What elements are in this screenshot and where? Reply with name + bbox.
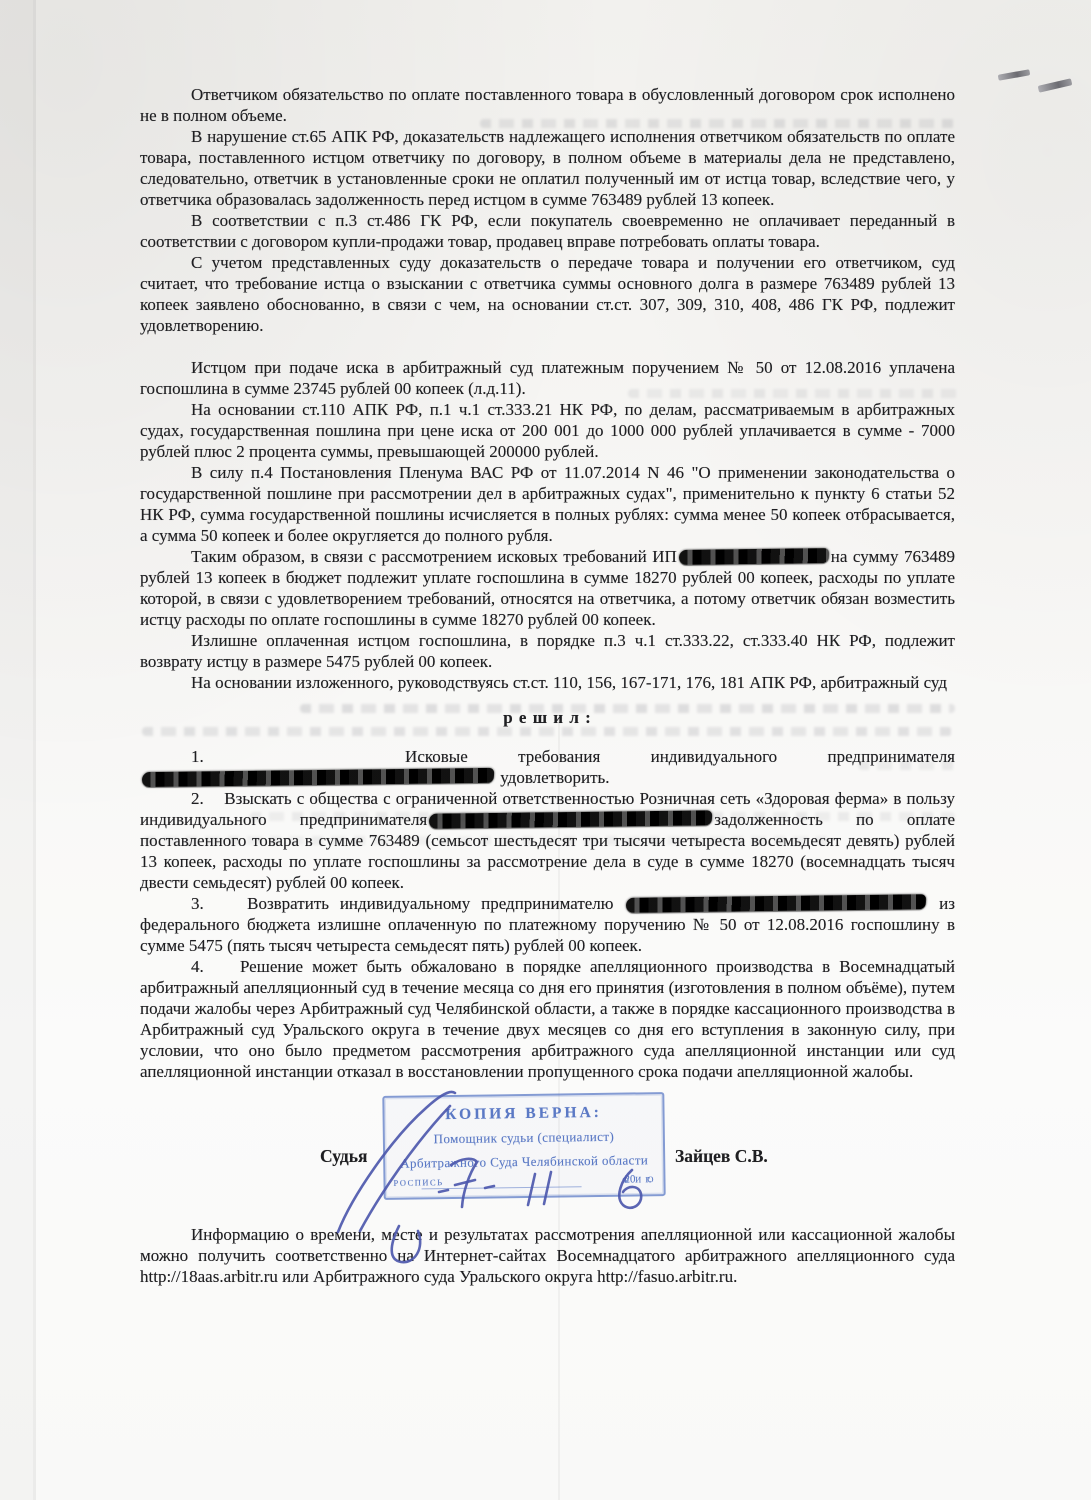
stamp-year-suffix: г. [645,1169,651,1190]
text-run: 4. Решение может быть обжаловано в поряд… [140,957,955,1081]
stamp-title: КОПИЯ ВЕРНА: [384,1101,662,1126]
stamp-line-role: Помощник судьи (специалист) [385,1125,663,1150]
decision-item-3: 3. Возвратить индивидуальному предприним… [140,893,955,956]
scan-edge-band [0,0,33,1500]
resolution-heading: р е ш и л : [140,707,955,728]
staple-mark [998,69,1031,80]
paragraph-3: В соответствии с п.3 ст.486 ГК РФ, если … [140,210,955,252]
text-run: Истцом при подаче иска в арбитражный суд… [140,358,955,398]
redaction-mark [429,810,713,828]
stamp-signature-line [422,1186,582,1189]
paragraph-6: На основании ст.110 АПК РФ, п.1 ч.1 ст.3… [140,399,955,462]
copy-verified-stamp: КОПИЯ ВЕРНА: Помощник судьи (специалист)… [382,1092,665,1200]
text-run: Излишне оплаченная истцом госпошлина, в … [140,631,955,671]
text-run: Ответчиком обязательство по оплате поста… [140,85,955,125]
paragraph-10: На основании изложенного, руководствуясь… [140,672,955,693]
redaction-mark [678,548,829,565]
decision-item-2: 2. Взыскать с общества с ограниченной от… [140,788,955,893]
appeal-info-paragraph: Информацию о времени, месте и результата… [140,1224,955,1287]
decision-item-1: 1. Исковые требования индивидуального пр… [140,746,955,788]
text-run: 3. Возвратить индивидуальному предприним… [191,894,624,913]
staple-mark [1038,78,1073,92]
text-run: На основании ст.110 АПК РФ, п.1 ч.1 ст.3… [140,400,955,461]
scan-edge-shadow [33,0,36,1500]
text-run: В соответствии с п.3 ст.486 ГК РФ, если … [140,211,955,251]
judge-name: Зайцев С.В. [675,1146,768,1167]
text-run: С учетом представленных суду доказательс… [140,253,955,335]
paragraph-7: В силу п.4 Постановления Пленума ВАС РФ … [140,462,955,546]
paragraph-9: Излишне оплаченная истцом госпошлина, в … [140,630,955,672]
document-body: Ответчиком обязательство по оплате поста… [140,0,955,1287]
text-run: В нарушение ст.65 АПК РФ, доказательств … [140,127,955,209]
decision-item-4: 4. Решение может быть обжаловано в поряд… [140,956,955,1082]
judge-label: Судья [320,1146,367,1167]
text-run: 1. Исковые требования индивидуального пр… [191,747,955,766]
paragraph-2: В нарушение ст.65 АПК РФ, доказательств … [140,126,955,210]
signature-block: Судья КОПИЯ ВЕРНА: Помощник судьи (специ… [140,1086,955,1216]
paragraph-1: Ответчиком обязательство по оплате поста… [140,84,955,126]
text-run: На основании изложенного, руководствуясь… [191,673,947,692]
text-run: Таким образом, в связи с рассмотрением и… [191,547,677,566]
stamp-bottom-row: РОСПИСЬ Ф И О 20 г. [391,1167,657,1195]
text-run: В силу п.4 Постановления Пленума ВАС РФ … [140,463,955,545]
stamp-year-prefix: 20 [624,1169,635,1190]
paragraph-4: С учетом представленных суду доказательс… [140,252,955,336]
redaction-mark [142,768,495,787]
text-run: Информацию о времени, месте и результата… [140,1225,955,1286]
scanned-page: Ответчиком обязательство по оплате поста… [0,0,1091,1500]
redaction-mark [626,894,927,913]
paragraph-5: Истцом при подаче иска в арбитражный суд… [140,357,955,399]
text-run: удовлетворить. [496,768,610,787]
paragraph-8: Таким образом, в связи с рассмотрением и… [140,546,955,630]
stamp-sign-label: РОСПИСЬ [393,1172,443,1194]
